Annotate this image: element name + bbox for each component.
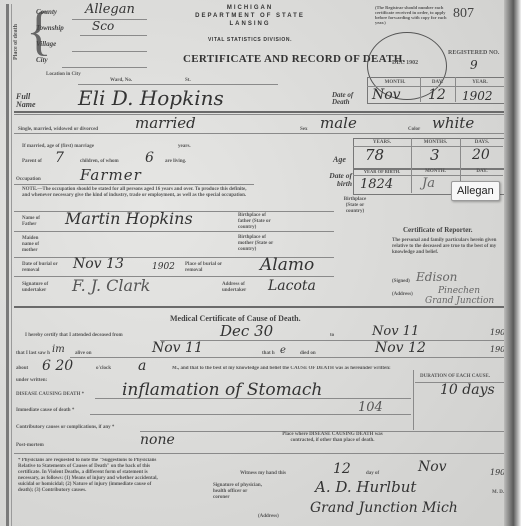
reporter-address-line1: Pinechen [438, 286, 480, 296]
alive-on: Nov 11 [152, 340, 203, 356]
birthplace-label: Birthplace (State or country) [340, 197, 370, 215]
birth-day-header: DAY. [462, 169, 502, 174]
ward-label: Ward, No. [110, 78, 132, 83]
physician-signature-label: Signature of physician, health officer o… [213, 483, 263, 501]
header-city: LANSING [150, 21, 350, 27]
burial-place-value: Alamo [260, 255, 314, 275]
physician-address: Grand Junction Mich [310, 500, 458, 516]
death-year: 1902 [462, 89, 493, 103]
age-days-header: DAYS. [462, 140, 502, 145]
witness-day: 12 [333, 461, 351, 477]
day-of-label: day of [366, 471, 379, 476]
reporter-address-line2: Grand Junction [425, 296, 494, 306]
birth-month: Ja [422, 176, 435, 191]
marriage-age-label: If married, age of (first) marriage [22, 144, 94, 149]
marital-label: Single, married, widowed or divorced [18, 127, 98, 132]
age-days: 20 [472, 147, 490, 163]
header-division: VITAL STATISTICS DIVISION. [150, 37, 350, 43]
disease-label: DISEASE CAUSING DEATH * [16, 392, 84, 397]
children-living: 6 [145, 150, 154, 166]
header-state: MICHIGAN [150, 5, 350, 11]
burial-date-label: Date of burial or removal [22, 262, 62, 274]
about-label: about [16, 366, 28, 371]
sex-label: Sex [300, 127, 308, 132]
place-of-death-side-label: Place of death [13, 10, 22, 60]
occupation-note: NOTE.—The occupation should be stated fo… [22, 187, 250, 199]
death-certificate: Place of death { County Allegan Township… [0, 0, 508, 526]
duration-header: DURATION OF EACH CAUSE. [420, 374, 490, 379]
full-name-value: Eli D. Hopkins [78, 86, 224, 110]
occupation-value: Farmer [80, 166, 142, 184]
father-birthplace-label: Birthplace of father (State or country) [238, 213, 274, 231]
last-saw-pronoun: im [52, 344, 65, 355]
left-border-inner [11, 4, 12, 526]
burial-place-label: Place of burial or removal [185, 262, 227, 274]
county-value: Allegan [85, 2, 135, 17]
attended-to-label: to [330, 333, 334, 338]
certificate-number: 807 [453, 6, 474, 22]
immediate-label: Immediate cause of death * [16, 408, 74, 413]
sex-value: male [320, 114, 357, 132]
mother-birthplace-label: Birthplace of mother (State or country) [238, 235, 274, 253]
meridian: a [138, 358, 146, 374]
registrar-note: (The Registrar should number each certif… [375, 5, 453, 25]
occupation-label: Occupation [16, 177, 41, 182]
age-months: 3 [430, 146, 440, 164]
father-name-value: Martin Hopkins [65, 209, 193, 228]
died-pronoun: e [280, 345, 286, 356]
reporter-statement: The personal and family particulars here… [392, 238, 504, 256]
marital-value: married [135, 114, 196, 132]
reporter-signature: Edison [416, 270, 457, 284]
birth-year: 1824 [360, 177, 393, 192]
reporter-signed-label: (Signed) [392, 279, 410, 284]
contributory-label: Contributory causes or complications, if… [16, 425, 114, 430]
attended-label: I hereby certify that I attended decease… [25, 333, 123, 338]
page-edge-shadow [504, 0, 521, 526]
county-label: County [36, 8, 57, 16]
date-of-death-label: Date of Death [332, 92, 362, 106]
died-on: Nov 12 [375, 340, 426, 356]
stamp-text: DEC 1902 [392, 60, 418, 66]
birth-month-header: MONTH. [413, 169, 458, 174]
registered-no-label: REGISTERED NO. [448, 50, 499, 56]
disease-value: inflamation of Stomach [122, 380, 322, 400]
undertaker-address-value: Lacota [268, 278, 316, 294]
children-count: 7 [55, 150, 64, 166]
day-header: DAY. [425, 80, 450, 85]
under-written-label: under written: [16, 378, 47, 383]
left-border [6, 4, 9, 526]
death-month: Nov [372, 87, 401, 103]
full-name-label: Full Name [16, 93, 46, 109]
undertaker-signature: F. J. Clark [72, 276, 150, 295]
md-label: M. D. [492, 490, 504, 495]
township-value: Sco [92, 19, 114, 33]
died-label: that h [262, 351, 275, 356]
oclock-label: o'clock [96, 366, 111, 371]
children-label: Parent of [22, 159, 42, 164]
undertaker-label: Signature of undertaker [22, 282, 62, 294]
physician-address-label: (Address) [258, 514, 279, 519]
color-label: Color [408, 127, 420, 132]
autopsy-value: none [140, 432, 175, 448]
father-name-label: Name of Father [22, 216, 42, 228]
reporter-address-label: (Address) [392, 292, 413, 297]
physician-footnote: * Physicians are requested to note the "… [18, 458, 158, 524]
tooltip: Allegan [451, 181, 500, 201]
cause-statement: M., and that to the best of my knowledge… [172, 366, 502, 371]
age-years: 78 [365, 146, 384, 164]
reporter-title: Certificate of Reporter. [403, 226, 473, 234]
death-day: 12 [428, 87, 446, 103]
witness-label: Witness my hand this [240, 471, 286, 476]
burial-year-value: 1902 [152, 262, 175, 272]
burial-date-value: Nov 13 [73, 256, 124, 272]
color-value: white [432, 114, 474, 132]
marriage-age-unit: years. [178, 144, 191, 149]
attended-from: Dec 30 [220, 322, 273, 340]
age-months-header: MONTHS. [413, 140, 458, 145]
witness-month: Nov [418, 459, 447, 475]
city-label: City [36, 56, 48, 64]
contracted-label: Place where DISEASE CAUSING DEATH was co… [275, 432, 390, 444]
autopsy-label: Post-mortem [16, 443, 44, 448]
age-label: Age [333, 155, 346, 164]
cause-code: 104 [358, 400, 383, 415]
month-header: MONTH. [375, 80, 415, 85]
alive-on-label: alive on [75, 351, 92, 356]
township-label: Township [36, 24, 64, 32]
village-label: Village [36, 40, 56, 48]
physician-signature: A. D. Hurlbut [315, 478, 416, 496]
registered-no-value: 9 [470, 58, 478, 72]
street-label: St. [185, 78, 191, 83]
children-living-label: are living. [165, 159, 186, 164]
mother-name-label: Maiden name of mother [22, 236, 44, 254]
attended-to: Nov 11 [372, 324, 419, 339]
children-of-whom-label: children, of whom [80, 159, 119, 164]
time-of-death: 6 20 [42, 358, 73, 374]
last-saw-label: that I last saw h [16, 351, 50, 356]
undertaker-address-label: Address of undertaker [222, 282, 262, 294]
location-label: Location in City [46, 72, 72, 78]
birth-year-header: YEAR OF BIRTH. [355, 169, 409, 174]
duration-value: 10 days [440, 382, 495, 398]
died-on-label: died on [300, 351, 316, 356]
header-department: DEPARTMENT OF STATE [150, 13, 350, 19]
year-header: YEAR. [462, 80, 498, 85]
date-of-birth-label: Date of birth [318, 172, 352, 188]
age-years-header: YEARS. [355, 140, 409, 145]
